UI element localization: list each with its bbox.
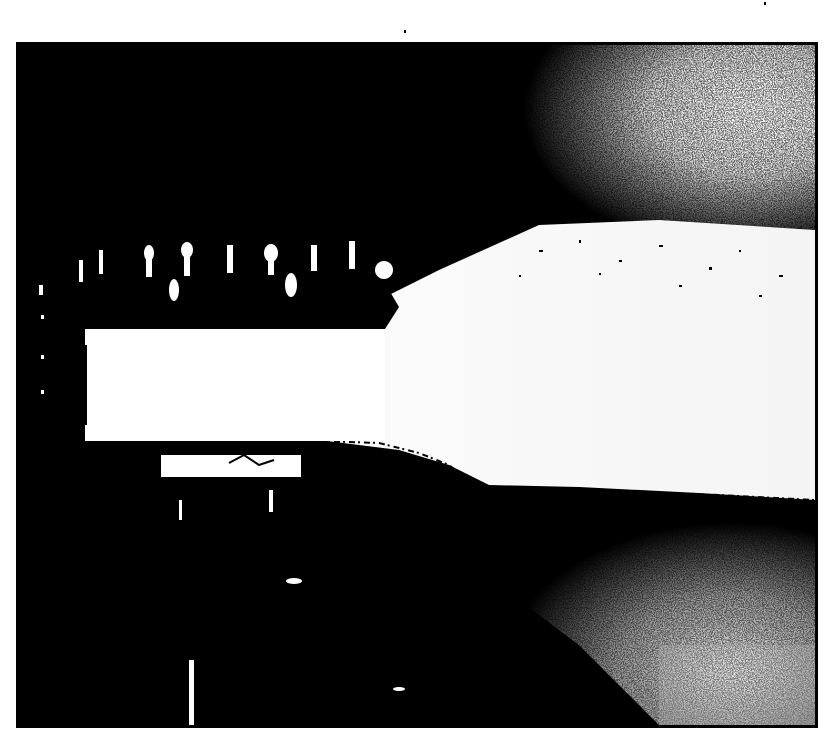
bracket-bar bbox=[161, 455, 301, 477]
support-rod bbox=[189, 660, 194, 725]
nozzle-slab bbox=[85, 329, 385, 441]
scan-speck bbox=[764, 2, 766, 5]
scan-speck bbox=[404, 30, 406, 33]
photograph bbox=[16, 42, 818, 728]
plume-photo-illustration bbox=[19, 45, 815, 725]
